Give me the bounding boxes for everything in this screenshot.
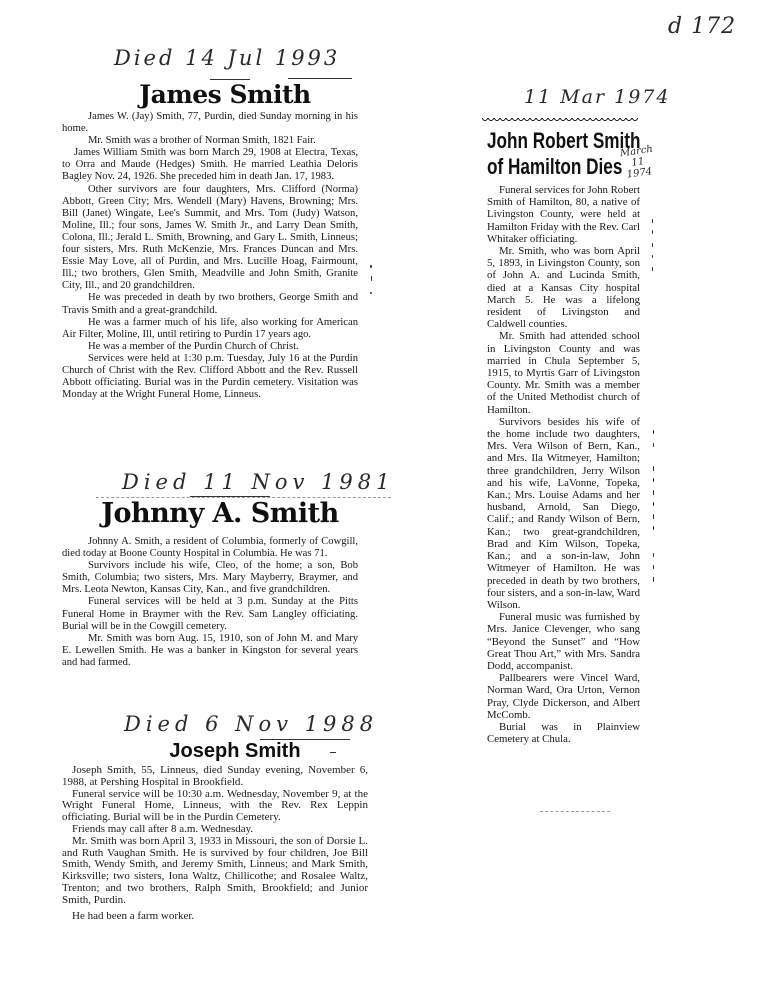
speck [652,219,653,223]
speck [653,514,654,519]
wavy-divider [482,118,638,124]
obituary-headline: Johnny A. Smith [100,498,340,530]
paragraph: Services were held at 1:30 p.m. Tuesday,… [62,353,358,401]
speck [652,267,653,271]
paragraph: Funeral services for John Robert Smith o… [487,184,640,245]
speck [653,478,654,482]
obituary-headline-line2: of Hamilton Dies [487,154,622,180]
speck [652,230,653,234]
paragraph: James W. (Jay) Smith, 77, Purdin, died S… [62,111,358,135]
paragraph: He was a farmer much of his life, also w… [62,317,358,341]
speck [653,577,654,582]
handwritten-date: 11 Mar 1974 [524,86,670,108]
speck [653,565,654,569]
paragraph: Mr. Smith was a brother of Norman Smith,… [62,135,358,147]
speck [370,292,372,294]
handwritten-date: Died 11 Nov 1981 [122,470,395,494]
speck [652,243,653,247]
divider [540,811,610,812]
paragraph: Mr. Smith was born April 3, 1933 in Miss… [62,836,368,907]
paragraph: Funeral service will be 10:30 a.m. Wedne… [62,789,368,824]
margin-note: March 11 1974 [616,143,660,181]
obituary-headline: Joseph Smith [150,739,320,763]
speck [370,265,372,268]
paragraph: He was a member of the Purdin Church of … [62,341,358,353]
paragraph: Mr. Smith, who was born April 5, 1893, i… [487,245,640,330]
paragraph: Mr. Smith had attended school in Livings… [487,330,640,415]
divider [288,78,352,79]
paragraph: Joseph Smith, 55, Linneus, died Sunday e… [62,765,368,789]
speck [653,502,654,506]
speck [652,255,653,258]
obituary-body: James W. (Jay) Smith, 77, Purdin, died S… [62,111,358,401]
paragraph: Friends may call after 8 a.m. Wednesday. [62,824,368,836]
speck [653,490,654,495]
paragraph: Funeral music was furnished by Mrs. Jani… [487,611,640,672]
obituary-body: Joseph Smith, 55, Linneus, died Sunday e… [62,765,368,922]
paragraph: Other survivors are four daughters, Mrs.… [62,184,358,293]
page-number-note: d 172 [668,14,736,39]
paragraph: He had been a farm worker. [62,911,368,923]
paragraph: Pallbearers were Vincel Ward, Norman War… [487,672,640,721]
handwritten-date: Died 14 Jul 1993 [114,46,340,70]
handwritten-date: Died 6 Nov 1988 [124,712,378,736]
obituary-body: Funeral services for John Robert Smith o… [487,184,640,745]
paragraph: Survivors include his wife, Cleo, of the… [62,560,358,596]
speck [653,526,654,530]
paragraph: He was preceded in death by two brothers… [62,292,358,316]
speck [653,553,654,557]
speck [653,466,654,471]
paragraph: Funeral services will be held at 3 p.m. … [62,596,358,632]
divider [330,752,336,753]
speck [653,430,654,434]
speck [653,443,654,447]
paragraph: James William Smith was born March 29, 1… [62,147,358,183]
paragraph: Burial was in Plainview Cemetery at Chul… [487,721,640,745]
obituary-body: Johnny A. Smith, a resident of Columbia,… [62,536,358,669]
paragraph: Johnny A. Smith, a resident of Columbia,… [62,536,358,560]
obituary-headline: James Smith [90,80,360,110]
speck [371,276,372,281]
paragraph: Survivors besides his wife of the home i… [487,416,640,611]
divider [190,496,270,497]
paragraph: Mr. Smith was born Aug. 15, 1910, son of… [62,633,358,669]
